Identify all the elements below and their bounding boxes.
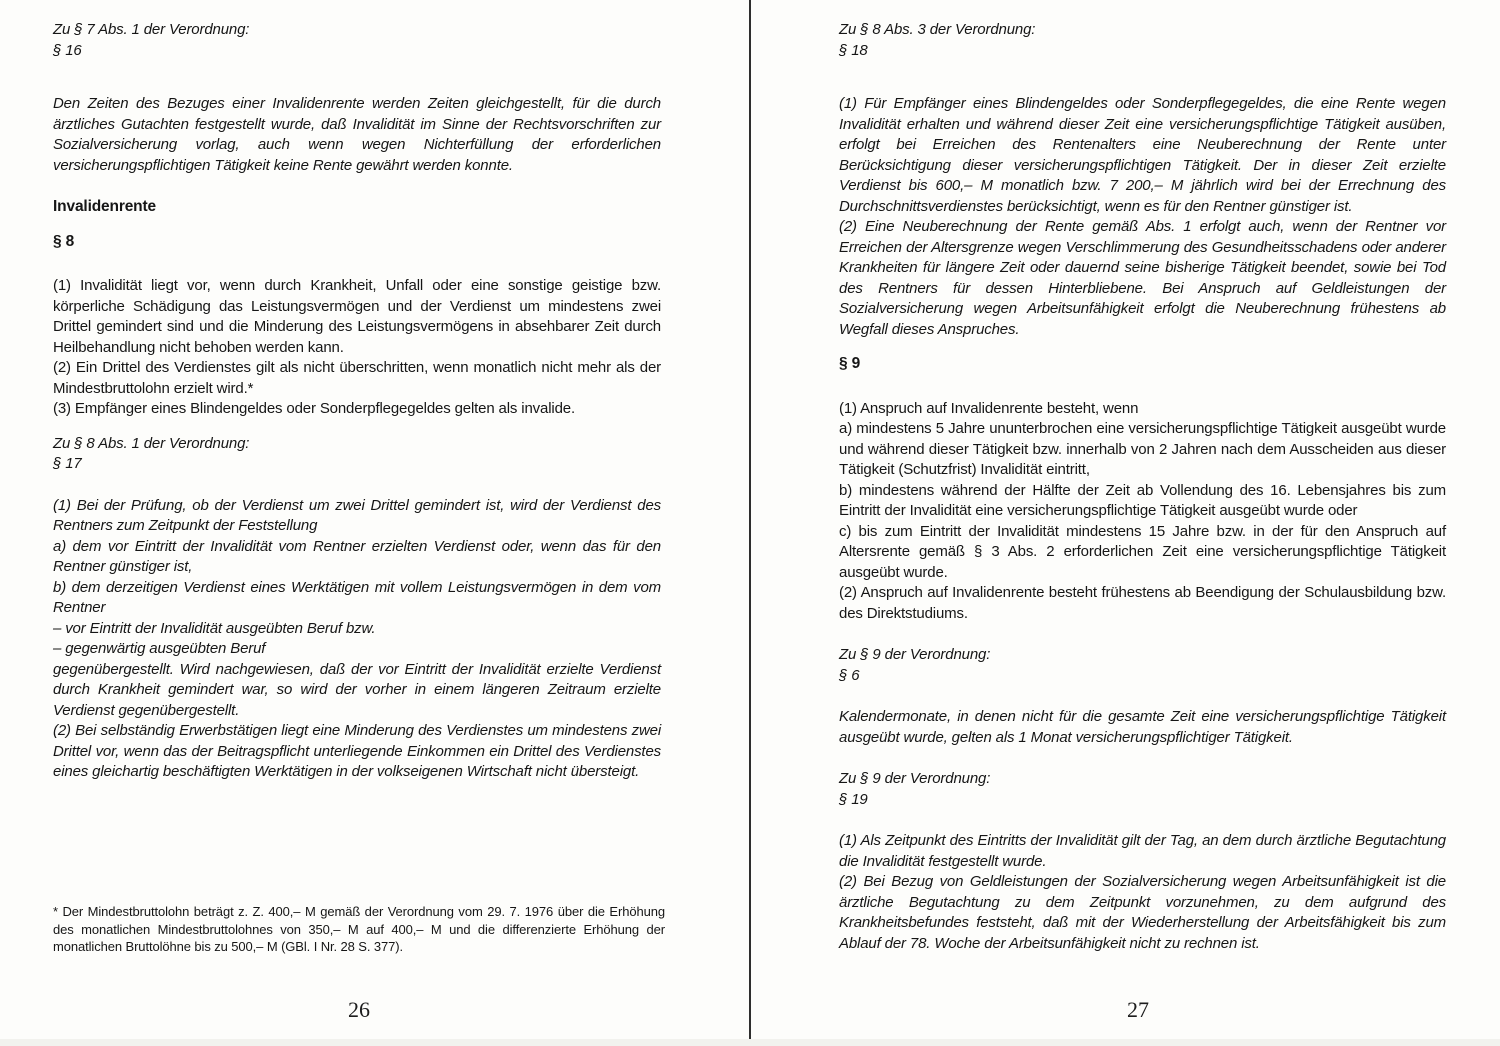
paragraph-number: § 6 (839, 666, 1446, 687)
verordnung-reference: Zu § 8 Abs. 1 der Verordnung: (53, 434, 661, 455)
list-item: – vor Eintritt der Invalidität ausgeübte… (53, 619, 661, 640)
page-left: Zu § 7 Abs. 1 der Verordnung:§ 16Den Zei… (0, 0, 750, 1046)
paragraph: Kalendermonate, in denen nicht für die g… (839, 707, 1446, 748)
paragraph: (1) Anspruch auf Invalidenrente besteht,… (839, 399, 1446, 420)
paragraph: (2) Anspruch auf Invalidenrente besteht … (839, 583, 1446, 624)
list-item: a) dem vor Eintritt der Invalidität vom … (53, 537, 661, 578)
paragraph: (3) Empfänger eines Blindengeldes oder S… (53, 399, 661, 420)
paragraph: (1) Als Zeitpunkt des Eintritts der Inva… (839, 831, 1446, 872)
paragraph-number: § 19 (839, 790, 1446, 811)
list-item: – gegenwärtig ausgeübten Beruf (53, 639, 661, 660)
book-spread: Zu § 7 Abs. 1 der Verordnung:§ 16Den Zei… (0, 0, 1500, 1046)
verordnung-reference: Zu § 7 Abs. 1 der Verordnung: (53, 20, 661, 41)
page-right: Zu § 8 Abs. 3 der Verordnung:§ 18(1) Für… (750, 0, 1500, 1046)
verordnung-reference: Zu § 9 der Verordnung: (839, 769, 1446, 790)
paragraph-number: § 17 (53, 454, 661, 475)
page-fold-divider (749, 0, 751, 1040)
paragraph-number: § 18 (839, 41, 1446, 62)
paragraph: (1) Bei der Prüfung, ob der Verdienst um… (53, 496, 661, 537)
list-item: b) dem derzeitigen Verdienst eines Werkt… (53, 578, 661, 619)
section-number: § 9 (839, 354, 1446, 375)
page-left-text-column: Zu § 7 Abs. 1 der Verordnung:§ 16Den Zei… (53, 0, 661, 783)
paragraph-number: § 16 (53, 41, 661, 62)
list-item: b) mindestens während der Hälfte der Zei… (839, 481, 1446, 522)
page-number-right: 27 (763, 997, 1500, 1023)
paragraph: (2) Ein Drittel des Verdienstes gilt als… (53, 358, 661, 399)
paragraph: (2) Eine Neuberechnung der Rente gemäß A… (839, 217, 1446, 340)
footnote-mindestbruttolohn: * Der Mindestbruttolohn beträgt z. Z. 40… (53, 903, 665, 956)
section-number: § 8 (53, 232, 661, 253)
verordnung-reference: Zu § 8 Abs. 3 der Verordnung: (839, 20, 1446, 41)
verordnung-reference: Zu § 9 der Verordnung: (839, 645, 1446, 666)
paragraph: Den Zeiten des Bezuges einer Invalidenre… (53, 94, 661, 176)
page-number-left: 26 (0, 997, 734, 1023)
chapter-heading: Invalidenrente (53, 197, 661, 218)
paragraph: gegenübergestellt. Wird nachgewiesen, da… (53, 660, 661, 722)
list-item: a) mindestens 5 Jahre ununterbrochen ein… (839, 419, 1446, 481)
paragraph: (1) Invalidität liegt vor, wenn durch Kr… (53, 276, 661, 358)
paragraph: (2) Bei selbständig Erwerbstätigen liegt… (53, 721, 661, 783)
page-right-text-column: Zu § 8 Abs. 3 der Verordnung:§ 18(1) Für… (839, 0, 1446, 954)
paragraph: (2) Bei Bezug von Geldleistungen der Soz… (839, 872, 1446, 954)
list-item: c) bis zum Eintritt der Invalidität mind… (839, 522, 1446, 584)
paragraph: (1) Für Empfänger eines Blindengeldes od… (839, 94, 1446, 217)
scan-bottom-edge (0, 1039, 1500, 1046)
